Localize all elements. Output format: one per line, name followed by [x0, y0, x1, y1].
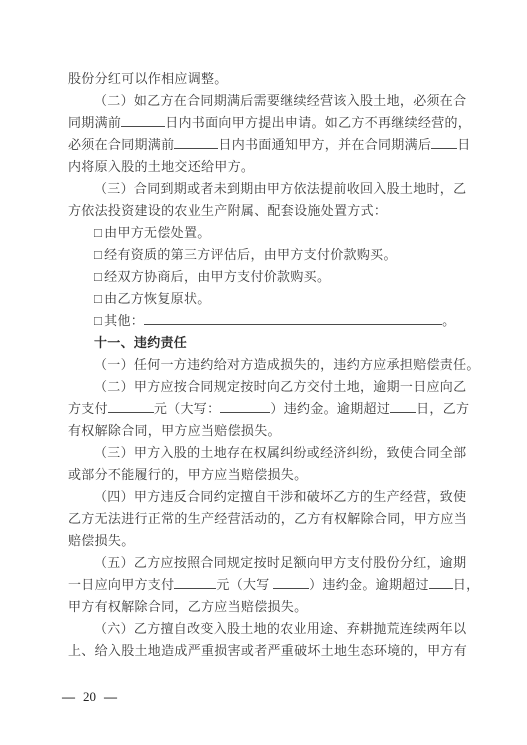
document-line: （二）甲方应按合同规定按时向乙方交付土地，逾期一日应向乙 — [68, 376, 468, 398]
checkbox-icon: □ — [94, 244, 102, 266]
text-run: 赔偿损失。 — [68, 533, 135, 548]
text-run: 元（大写 — [216, 577, 273, 592]
blank-field — [108, 400, 154, 413]
blank-field — [174, 136, 218, 149]
text-run: 由甲方无偿处置。 — [104, 225, 210, 240]
text-run: 甲方有权解除合同，乙方应当赔偿损失。 — [68, 599, 307, 614]
text-run: 方支付 — [68, 401, 108, 416]
blank-field — [174, 576, 216, 589]
text-run: 经有资质的第三方评估后，由甲方支付价款购买。 — [104, 247, 397, 262]
text-run: 其他： — [104, 313, 144, 328]
document-line: □由甲方无偿处置。 — [68, 222, 468, 244]
document-line: □由乙方恢复原状。 — [68, 288, 468, 310]
document-line: （五）乙方应按照合同规定按时足额向甲方支付股份分红，逾期 — [68, 552, 468, 574]
document-line: 一日应向甲方支付元（大写 ）违约金。逾期超过日， — [68, 574, 468, 596]
text-run: 有权解除合同，甲方应当赔偿损失。 — [68, 423, 281, 438]
page-footer: — 20 — — [62, 686, 117, 708]
text-run: 或部分不能履行的，甲方应当赔偿损失。 — [68, 467, 307, 482]
text-run: （三）甲方入股的土地存在权属纠纷或经济纠纷，致使合同全部 — [94, 445, 466, 460]
checkbox-icon: □ — [94, 310, 102, 332]
page-number: 20 — [83, 686, 96, 708]
document-line: （二）如乙方在合同期满后需要继续经营该入股土地，必须在合 — [68, 90, 468, 112]
footer-dash-right: — — [104, 686, 117, 708]
text-run: 方依法投资建设的农业生产附属、配套设施处置方式： — [68, 203, 387, 218]
document-line: 内将原入股的土地交还给甲方。 — [68, 156, 468, 178]
blank-field — [121, 114, 165, 127]
document-line: □经有资质的第三方评估后，由甲方支付价款购买。 — [68, 244, 468, 266]
text-run: （二）甲方应按合同规定按时向乙方交付土地，逾期一日应向乙 — [94, 379, 466, 394]
checkbox-icon: □ — [94, 222, 102, 244]
section-heading: 十一、违约责任 — [68, 332, 468, 354]
text-run: 日内书面向甲方提出申请。如乙方不再继续经营的， — [165, 115, 471, 130]
document-line: 同期满前日内书面向甲方提出申请。如乙方不再继续经营的， — [68, 112, 468, 134]
document-line: 乙方无法进行正常的生产经营活动的，乙方有权解除合同，甲方应当 — [68, 508, 468, 530]
text-run: （六）乙方擅自改变入股土地的农业用途、弃耕抛荒连续两年以 — [94, 621, 466, 636]
text-run: 经双方协商后，由甲方支付价款购买。 — [104, 269, 330, 284]
document-line: （一）任何一方违约给对方造成损失的，违约方应承担赔偿责任。 — [68, 354, 468, 376]
text-run: 日 — [457, 137, 470, 152]
document-line: 必须在合同期满前日内书面通知甲方，并在合同期满后日 — [68, 134, 468, 156]
text-run: （三）合同到期或者未到期由甲方依法提前收回入股土地时，乙 — [94, 181, 466, 196]
text-run: 由乙方恢复原状。 — [104, 291, 210, 306]
document-line: 赔偿损失。 — [68, 530, 468, 552]
document-line: □经双方协商后，由甲方支付价款购买。 — [68, 266, 468, 288]
document-line: （六）乙方擅自改变入股土地的农业用途、弃耕抛荒连续两年以 — [68, 618, 468, 640]
checkbox-icon: □ — [94, 266, 102, 288]
document-line: 股份分红可以作相应调整。 — [68, 68, 468, 90]
document-line: 方支付元（大写：）违约金。逾期超过日，乙方 — [68, 398, 468, 420]
document-line: （四）甲方违反合同约定擅自干涉和破坏乙方的生产经营，致使 — [68, 486, 468, 508]
document-line: 或部分不能履行的，甲方应当赔偿损失。 — [68, 464, 468, 486]
blank-field — [273, 576, 309, 589]
document-line: 方依法投资建设的农业生产附属、配套设施处置方式： — [68, 200, 468, 222]
text-run: 股份分红可以作相应调整。 — [68, 71, 228, 86]
checkbox-icon: □ — [94, 288, 102, 310]
text-run: （五）乙方应按照合同规定按时足额向甲方支付股份分红，逾期 — [94, 555, 466, 570]
text-run: 日内书面通知甲方，并在合同期满后 — [218, 137, 431, 152]
document-line: 上、给入股土地造成严重损害或者严重破坏土地生态环境的，甲方有 — [68, 640, 468, 662]
document-line: （三）甲方入股的土地存在权属纠纷或经济纠纷，致使合同全部 — [68, 442, 468, 464]
blank-field — [390, 400, 416, 413]
text-run: 必须在合同期满前 — [68, 137, 174, 152]
document-body: 股份分红可以作相应调整。（二）如乙方在合同期满后需要继续经营该入股土地，必须在合… — [68, 68, 468, 662]
footer-dash-left: — — [62, 686, 75, 708]
blank-field — [429, 576, 453, 589]
text-run: 乙方无法进行正常的生产经营活动的，乙方有权解除合同，甲方应当 — [68, 511, 467, 526]
text-run: 日，乙方 — [416, 401, 469, 416]
text-run: 同期满前 — [68, 115, 121, 130]
document-line: （三）合同到期或者未到期由甲方依法提前收回入股土地时，乙 — [68, 178, 468, 200]
document-page: 股份分红可以作相应调整。（二）如乙方在合同期满后需要继续经营该入股土地，必须在合… — [0, 0, 527, 745]
text-run: 元（大写： — [154, 401, 221, 416]
blank-field — [431, 136, 457, 149]
blank-field — [220, 400, 270, 413]
text-run: 上、给入股土地造成严重损害或者严重破坏土地生态环境的，甲方有 — [68, 643, 467, 658]
text-run: （一）任何一方违约给对方造成损失的，违约方应承担赔偿责任。 — [94, 357, 480, 372]
text-run: 。 — [442, 313, 455, 328]
text-run: 一日应向甲方支付 — [68, 577, 174, 592]
blank-field — [144, 312, 442, 325]
text-run: 内将原入股的土地交还给甲方。 — [68, 159, 254, 174]
text-run: （四）甲方违反合同约定擅自干涉和破坏乙方的生产经营，致使 — [94, 489, 466, 504]
document-line: 甲方有权解除合同，乙方应当赔偿损失。 — [68, 596, 468, 618]
document-line: □其他：。 — [68, 310, 468, 332]
text-run: 日， — [453, 577, 480, 592]
text-run: （二）如乙方在合同期满后需要继续经营该入股土地，必须在合 — [94, 93, 466, 108]
text-run: ）违约金。逾期超过 — [309, 577, 429, 592]
text-run: ）违约金。逾期超过 — [270, 401, 390, 416]
document-line: 有权解除合同，甲方应当赔偿损失。 — [68, 420, 468, 442]
text-run: 十一、违约责任 — [94, 335, 187, 350]
